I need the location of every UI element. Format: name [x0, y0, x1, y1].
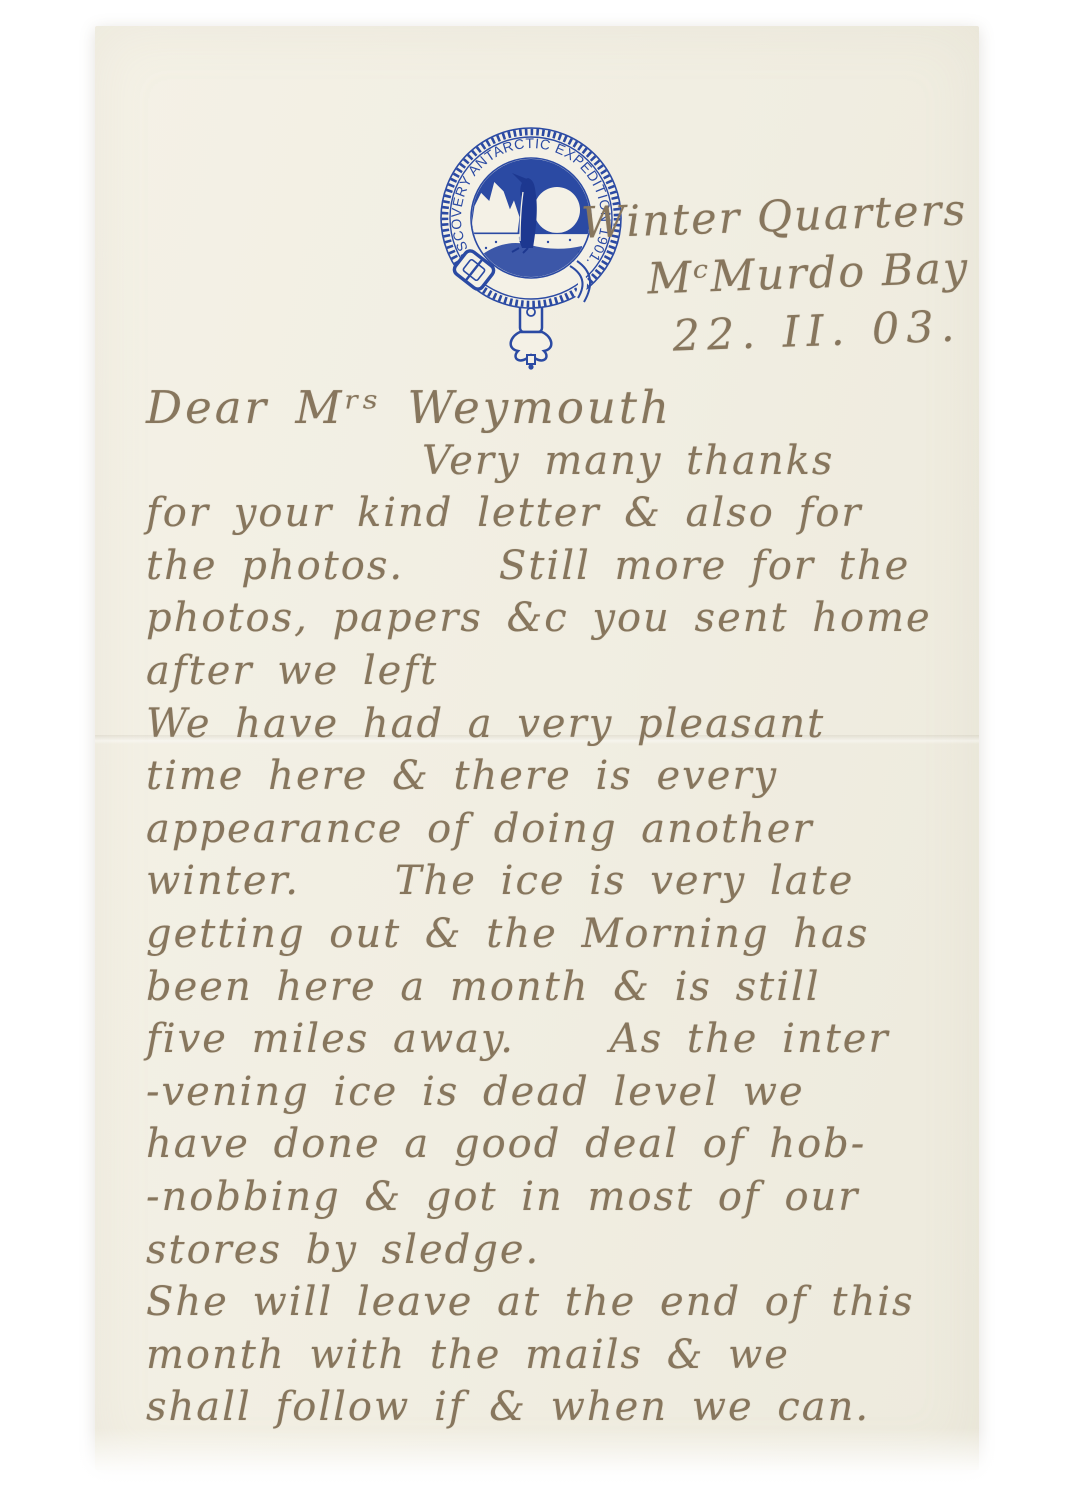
letter-line: been here a month & is still [146, 961, 986, 1014]
letter-line: photos, papers &c you sent home [146, 592, 986, 645]
letter-line: -nobbing & got in most of our [146, 1171, 986, 1224]
letter-line: after we left [146, 645, 986, 698]
letter-body: Dear Mʳˢ WeymouthVery many thanksfor you… [146, 382, 986, 1434]
letter-line: getting out & the Morning has [146, 908, 986, 961]
letter-salutation: Dear Mʳˢ Weymouth [146, 382, 986, 435]
letter-line: -vening ice is dead level we [146, 1066, 986, 1119]
letter-line: stores by sledge. [146, 1224, 986, 1277]
letter-line: Very many thanks [146, 435, 986, 488]
letter-photograph: DISCOVERY ANTARCTIC EXPEDITION 1901. [0, 0, 1071, 1500]
letter-line: shall follow if & when we can. [146, 1381, 986, 1434]
letter-line: for your kind letter & also for [146, 487, 986, 540]
moon-icon [534, 187, 580, 233]
letterhead: Winter Quarters MᶜMurdo Bay 22. II. 03. [580, 181, 972, 368]
letter-line: We have had a very pleasant [146, 698, 986, 751]
letter-line: the photos. Still more for the [146, 540, 986, 593]
letter-line: winter. The ice is very late [146, 855, 986, 908]
letter-line: She will leave at the end of this [146, 1276, 986, 1329]
letter-line: have done a good deal of hob- [146, 1118, 986, 1171]
letter-line: five miles away. As the inter [146, 1013, 986, 1066]
letter-line: time here & there is every [146, 750, 986, 803]
letter-line: month with the mails & we [146, 1329, 986, 1382]
letter-line: appearance of doing another [146, 803, 986, 856]
